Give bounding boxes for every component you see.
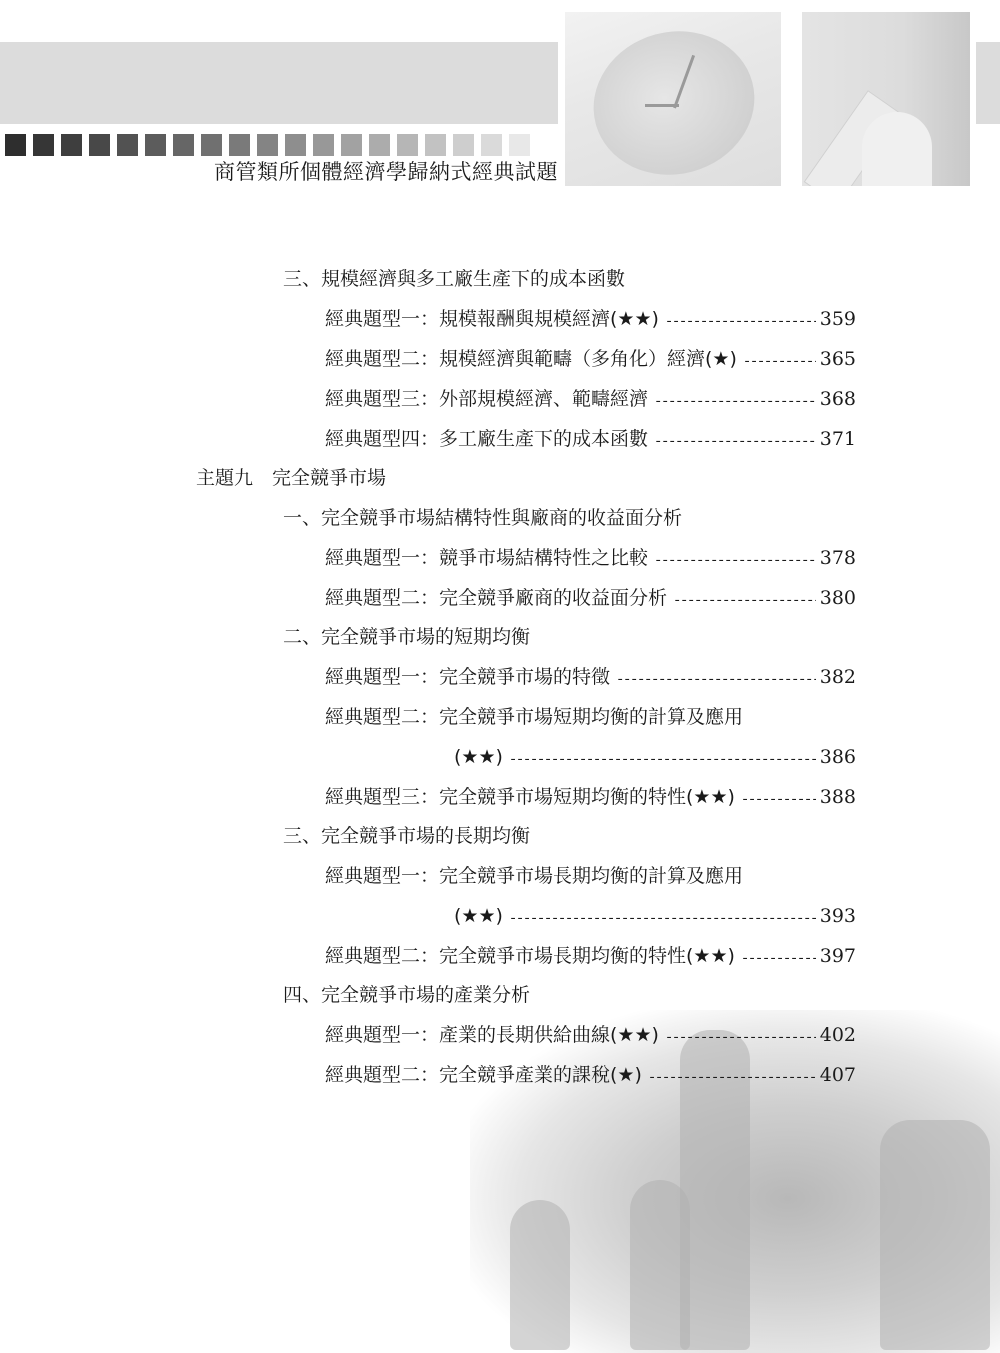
money-hand-photo [802, 12, 970, 186]
page-number: 388 [820, 782, 856, 812]
dot-leader [616, 665, 816, 695]
toc-entry[interactable]: 經典題型三：完全競爭市場短期均衡的特性(★★)388 [325, 782, 856, 812]
page-number: 397 [820, 941, 856, 971]
dot-leader [665, 307, 816, 337]
dot-leader [509, 745, 816, 775]
gradient-square [229, 134, 250, 156]
toc-entry[interactable]: (★★)393 [454, 901, 856, 931]
seated-person-shape [630, 1180, 690, 1350]
toc-label: (★★) [454, 901, 503, 931]
clock-photo [565, 12, 781, 186]
dot-leader [743, 347, 816, 377]
gradient-square [173, 134, 194, 156]
toc-entry[interactable]: 經典題型二：完全競爭市場長期均衡的特性(★★)397 [325, 941, 856, 971]
page-number: 368 [820, 384, 856, 414]
toc-label: 經典題型二：規模經濟與範疇（多角化）經濟(★) [325, 344, 737, 374]
toc-label: 經典題型一：競爭市場結構特性之比較 [325, 543, 648, 573]
header-banner-right [976, 42, 1000, 124]
toc-label: 經典題型一：完全競爭市場的特徵 [325, 662, 610, 692]
toc-section-heading: 經典題型一：完全競爭市場長期均衡的計算及應用 [325, 861, 743, 891]
toc-section-heading: 二、完全競爭市場的短期均衡 [283, 622, 530, 652]
page-number: 359 [820, 304, 856, 334]
header-banner [0, 42, 558, 124]
toc-entry[interactable]: 經典題型二：完全競爭廠商的收益面分析380 [325, 583, 856, 613]
page-number: 371 [820, 424, 856, 454]
gradient-square [5, 134, 26, 156]
toc-label: 經典題型二：完全競爭市場長期均衡的特性(★★) [325, 941, 735, 971]
toc-section-heading: 三、完全競爭市場的長期均衡 [283, 821, 530, 851]
toc-section-heading: 三、規模經濟與多工廠生產下的成本函數 [283, 264, 625, 294]
toc-entry[interactable]: 經典題型一：競爭市場結構特性之比較378 [325, 543, 856, 573]
gradient-squares [5, 134, 530, 156]
toc-entry[interactable]: 經典題型一：規模報酬與規模經濟(★★)359 [325, 304, 856, 334]
gradient-square [201, 134, 222, 156]
toc-label: 一、完全競爭市場結構特性與廠商的收益面分析 [283, 503, 682, 533]
dot-leader [741, 785, 816, 815]
toc-label: 二、完全競爭市場的短期均衡 [283, 622, 530, 652]
seated-person-shape [880, 1120, 990, 1350]
page-number: 378 [820, 543, 856, 573]
book-title: 商管類所個體經濟學歸納式經典試題 [214, 156, 558, 186]
dot-leader [741, 944, 816, 974]
gradient-square [481, 134, 502, 156]
toc-section-heading: 一、完全競爭市場結構特性與廠商的收益面分析 [283, 503, 682, 533]
toc-label: 經典題型一：完全競爭市場長期均衡的計算及應用 [325, 861, 743, 891]
toc-label: 經典題型二：完全競爭廠商的收益面分析 [325, 583, 667, 613]
toc-label: 三、完全競爭市場的長期均衡 [283, 821, 530, 851]
toc-chapter-heading: 主題九 完全競爭市場 [196, 463, 386, 493]
clock-dial-icon [577, 13, 770, 186]
toc-entry[interactable]: 經典題型四：多工廠生產下的成本函數371 [325, 424, 856, 454]
gradient-square [369, 134, 390, 156]
toc-label: 四、完全競爭市場的產業分析 [283, 980, 530, 1010]
toc-label: 經典題型二：完全競爭產業的課稅(★) [325, 1060, 642, 1090]
page-number: 402 [820, 1020, 856, 1050]
gradient-square [33, 134, 54, 156]
toc-label: (★★) [454, 742, 503, 772]
toc-label: 三、規模經濟與多工廠生產下的成本函數 [283, 264, 625, 294]
clock-hand [645, 104, 679, 107]
seated-person-shape [510, 1200, 570, 1350]
gradient-square [313, 134, 334, 156]
toc-label: 經典題型一：產業的長期供給曲線(★★) [325, 1020, 659, 1050]
toc-label: 經典題型三：完全競爭市場短期均衡的特性(★★) [325, 782, 735, 812]
toc-label: 經典題型三：外部規模經濟、範疇經濟 [325, 384, 648, 414]
page-number: 380 [820, 583, 856, 613]
gradient-square [453, 134, 474, 156]
gradient-square [425, 134, 446, 156]
page-number: 382 [820, 662, 856, 692]
page-number: 365 [820, 344, 856, 374]
dot-leader [509, 904, 816, 934]
gradient-square [257, 134, 278, 156]
page-number: 386 [820, 742, 856, 772]
dot-leader [654, 387, 816, 417]
toc-entry[interactable]: 經典題型一：產業的長期供給曲線(★★)402 [325, 1020, 856, 1050]
toc-label: 經典題型四：多工廠生產下的成本函數 [325, 424, 648, 454]
toc-label: 主題九 完全競爭市場 [196, 463, 386, 493]
gradient-square [117, 134, 138, 156]
dot-leader [654, 546, 816, 576]
hand-shape [862, 112, 932, 186]
page-number: 393 [820, 901, 856, 931]
toc-entry[interactable]: 經典題型二：完全競爭產業的課稅(★)407 [325, 1060, 856, 1090]
dot-leader [665, 1023, 816, 1053]
toc-section-heading: 四、完全競爭市場的產業分析 [283, 980, 530, 1010]
toc-entry[interactable]: 經典題型三：外部規模經濟、範疇經濟368 [325, 384, 856, 414]
toc-entry[interactable]: 經典題型二：規模經濟與範疇（多角化）經濟(★)365 [325, 344, 856, 374]
gradient-square [145, 134, 166, 156]
dot-leader [648, 1063, 816, 1093]
gradient-square [509, 134, 530, 156]
toc-section-heading: 經典題型二：完全競爭市場短期均衡的計算及應用 [325, 702, 743, 732]
toc-label: 經典題型二：完全競爭市場短期均衡的計算及應用 [325, 702, 743, 732]
gradient-square [89, 134, 110, 156]
dot-leader [654, 427, 816, 457]
gradient-square [341, 134, 362, 156]
toc-entry[interactable]: (★★)386 [454, 742, 856, 772]
page-number: 407 [820, 1060, 856, 1090]
toc-entry[interactable]: 經典題型一：完全競爭市場的特徵382 [325, 662, 856, 692]
gradient-square [61, 134, 82, 156]
gradient-square [285, 134, 306, 156]
dot-leader [673, 586, 816, 616]
gradient-square [397, 134, 418, 156]
toc-label: 經典題型一：規模報酬與規模經濟(★★) [325, 304, 659, 334]
